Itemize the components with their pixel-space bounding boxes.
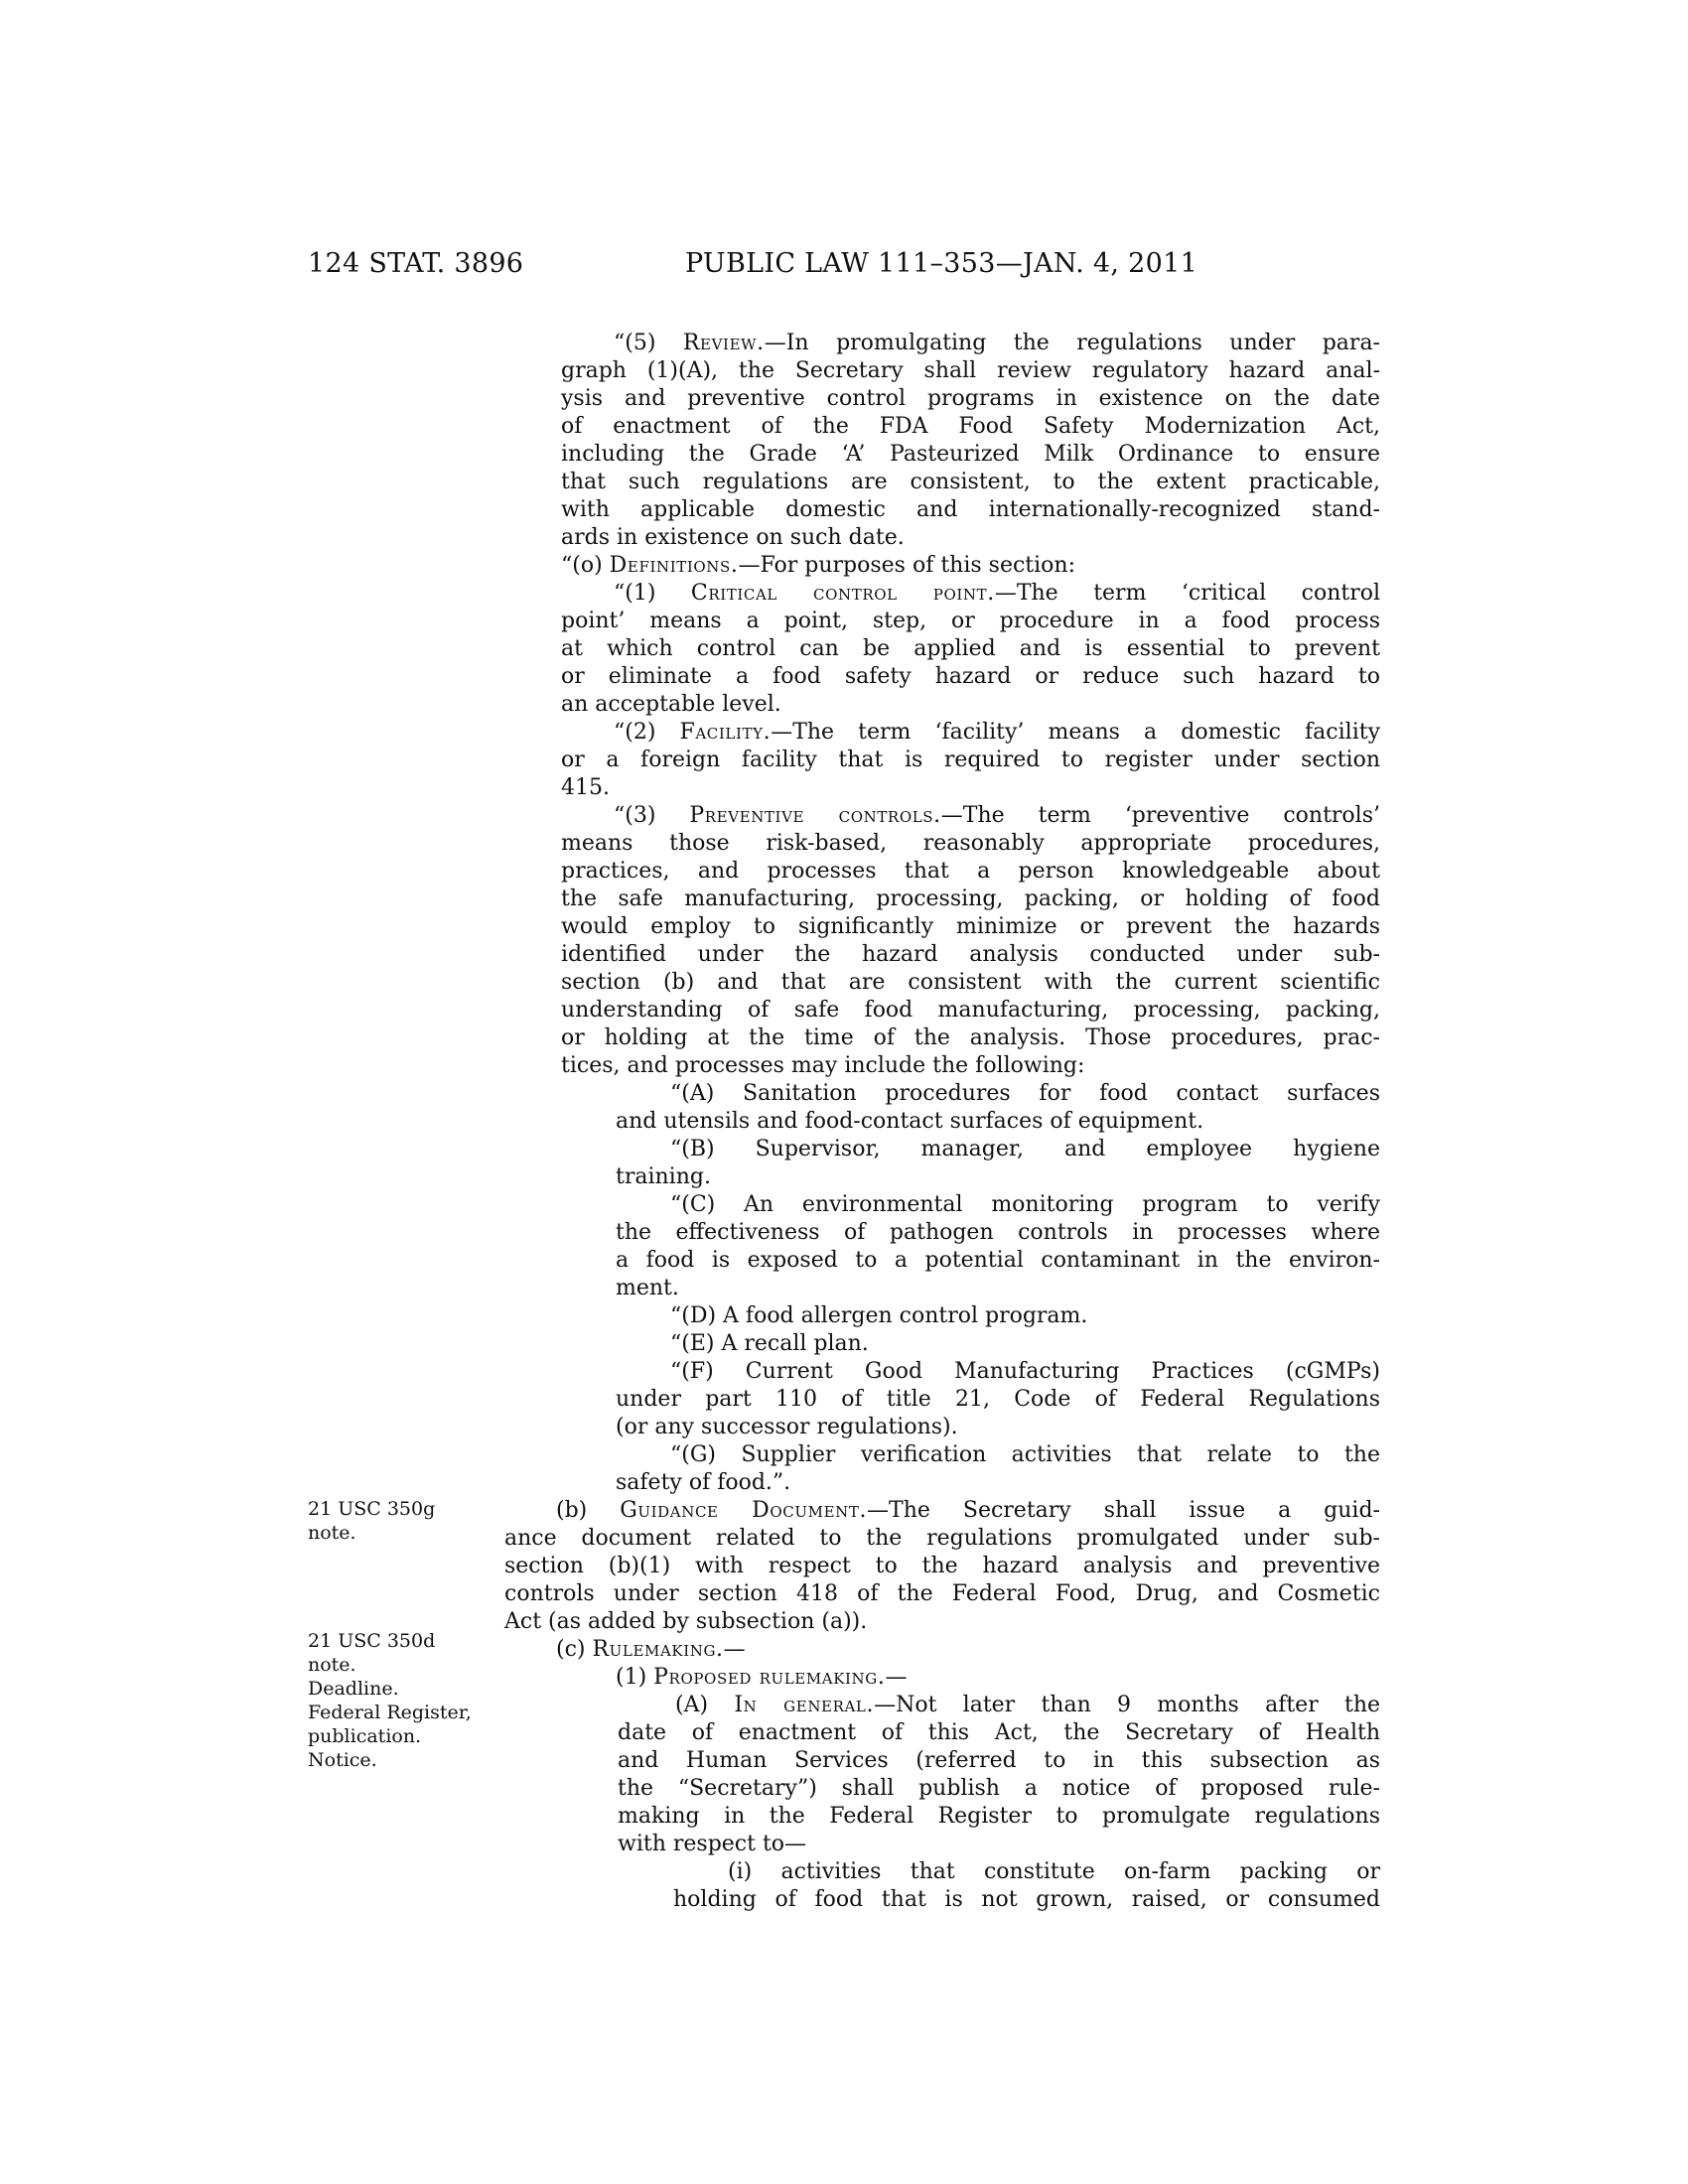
body-line: identified under the hazard analysis con…	[561, 941, 1380, 969]
text-segment: “(D) A food allergen control program.	[670, 1303, 1087, 1328]
small-caps-heading: Rulemaking.	[592, 1637, 723, 1662]
body-line: making in the Federal Register to promul…	[618, 1803, 1380, 1831]
body-line: ards in existence on such date.	[561, 524, 1380, 552]
small-caps-heading: Proposed rulemaking.	[653, 1665, 885, 1690]
body-line: at which control can be applied and is e…	[561, 635, 1380, 663]
body-line: would employ to significantly minimize o…	[561, 913, 1380, 941]
text-segment: ment.	[616, 1276, 679, 1300]
body-line: Act (as added by subsection (a)).	[504, 1608, 1380, 1636]
page-number-stat: 124 STAT. 3896	[308, 248, 523, 280]
body-line: the effectiveness of pathogen controls i…	[616, 1219, 1380, 1247]
text-segment: —The Secretary shall issue a guid-	[867, 1498, 1380, 1523]
text-segment: “(1)	[614, 581, 691, 606]
margin-note-line: Federal Register,	[308, 1701, 496, 1724]
body-line: ysis and preventive control programs in …	[561, 385, 1380, 413]
text-segment: (or any successor regulations).	[616, 1415, 958, 1439]
margin-note-line: Notice.	[308, 1748, 496, 1772]
body-line: (1) Proposed rulemaking.—	[616, 1664, 1380, 1692]
body-line: (or any successor regulations).	[616, 1414, 1380, 1441]
margin-note: 21 USC 350dnote.	[308, 1629, 496, 1677]
body-line: and Human Services (referred to in this …	[618, 1747, 1380, 1775]
text-segment: —	[885, 1665, 907, 1690]
small-caps-heading: Guidance Document.	[620, 1498, 867, 1523]
text-segment: 415.	[561, 775, 610, 800]
text-segment: and Human Services (referred to in this …	[618, 1748, 1380, 1773]
body-line: an acceptable level.	[561, 691, 1380, 719]
body-line: a food is exposed to a potential contami…	[616, 1247, 1380, 1275]
text-segment: —	[724, 1637, 746, 1662]
text-segment: (1)	[616, 1665, 653, 1690]
body-line: with respect to—	[618, 1831, 1380, 1858]
body-line: section (b) and that are consistent with…	[561, 969, 1380, 997]
margin-note-line: publication.	[308, 1724, 496, 1748]
text-segment: “(o)	[561, 553, 610, 578]
body-line: (b) Guidance Document.—The Secretary sha…	[556, 1497, 1380, 1525]
body-line: date of enactment of this Act, the Secre…	[618, 1719, 1380, 1747]
body-line: under part 110 of title 21, Code of Fede…	[616, 1386, 1380, 1414]
text-segment: graph (1)(A), the Secretary shall review…	[561, 358, 1380, 383]
text-segment: and utensils and food-contact surfaces o…	[616, 1109, 1203, 1134]
text-segment: point’ means a point, step, or procedure…	[561, 609, 1380, 633]
margin-note-line: 21 USC 350d	[308, 1629, 496, 1653]
body-line: understanding of safe food manufacturing…	[561, 997, 1380, 1024]
margin-note-line: note.	[308, 1521, 496, 1545]
body-line: and utensils and food-contact surfaces o…	[616, 1108, 1380, 1136]
body-line: “(G) Supplier verification activities th…	[670, 1441, 1380, 1469]
body-line: 415.	[561, 774, 1380, 802]
body-line: the safe manufacturing, processing, pack…	[561, 886, 1380, 913]
margin-note: 21 USC 350gnote.	[308, 1497, 496, 1545]
text-segment: date of enactment of this Act, the Secre…	[618, 1720, 1380, 1745]
margin-note-line: Deadline.	[308, 1677, 496, 1701]
margin-note: Deadline.Federal Register,publication.No…	[308, 1677, 496, 1772]
body-line: (i) activities that constitute on-farm p…	[728, 1858, 1380, 1886]
body-line: including the Grade ‘A’ Pasteurized Milk…	[561, 441, 1380, 469]
text-segment: “(C) An environmental monitoring program…	[670, 1192, 1380, 1217]
text-segment: “(2)	[614, 720, 680, 745]
text-segment: of enactment of the FDA Food Safety Mode…	[561, 414, 1380, 439]
text-segment: (c)	[556, 1637, 592, 1662]
body-line: that such regulations are consistent, to…	[561, 469, 1380, 496]
text-segment: —The term ‘critical control	[995, 581, 1380, 606]
text-segment: the safe manufacturing, processing, pack…	[561, 887, 1380, 911]
text-segment: training.	[616, 1164, 711, 1189]
body-line: “(E) A recall plan.	[670, 1330, 1380, 1358]
text-segment: (b)	[556, 1498, 620, 1523]
text-segment: at which control can be applied and is e…	[561, 636, 1380, 661]
body-line: or a foreign facility that is required t…	[561, 747, 1380, 774]
text-segment: —Not later than 9 months after the	[874, 1693, 1380, 1717]
body-line: of enactment of the FDA Food Safety Mode…	[561, 413, 1380, 441]
text-segment: —The term ‘preventive controls’	[941, 803, 1380, 828]
body-line: controls under section 418 of the Federa…	[504, 1580, 1380, 1608]
body-line: with applicable domestic and internation…	[561, 496, 1380, 524]
text-segment: would employ to significantly minimize o…	[561, 914, 1380, 939]
text-segment: the “Secretary”) shall publish a notice …	[618, 1776, 1380, 1801]
body-line: “(5) Review.—In promulgating the regulat…	[614, 330, 1380, 357]
small-caps-heading: Critical control point.	[691, 581, 995, 606]
body-line: “(1) Critical control point.—The term ‘c…	[614, 580, 1380, 608]
law-title-header: PUBLIC LAW 111–353—JAN. 4, 2011	[504, 248, 1378, 280]
text-segment: or holding at the time of the analysis. …	[561, 1025, 1380, 1050]
body-line: (c) Rulemaking.—	[556, 1636, 1380, 1664]
body-line: (A) In general.—Not later than 9 months …	[675, 1692, 1380, 1719]
text-segment: section (b)(1) with respect to the hazar…	[504, 1554, 1380, 1578]
margin-note-line: note.	[308, 1653, 496, 1677]
small-caps-heading: Definitions.	[610, 553, 739, 578]
body-line: “(D) A food allergen control program.	[670, 1302, 1380, 1330]
text-segment: or a foreign facility that is required t…	[561, 748, 1380, 772]
text-segment: including the Grade ‘A’ Pasteurized Milk…	[561, 442, 1380, 467]
body-text: “(5) Review.—In promulgating the regulat…	[504, 330, 1380, 1914]
margin-note-line: 21 USC 350g	[308, 1497, 496, 1521]
text-segment: (i) activities that constitute on-farm p…	[728, 1859, 1380, 1884]
text-segment: (A)	[675, 1693, 734, 1717]
statute-page: 124 STAT. 3896 PUBLIC LAW 111–353—JAN. 4…	[0, 0, 1688, 2184]
body-line: safety of food.”.	[616, 1469, 1380, 1497]
body-line: means those risk-based, reasonably appro…	[561, 830, 1380, 858]
small-caps-heading: In general.	[734, 1693, 874, 1717]
text-segment: or eliminate a food safety hazard or red…	[561, 664, 1380, 689]
body-line: ance document related to the regulations…	[504, 1525, 1380, 1553]
text-segment: “(F) Current Good Manufacturing Practice…	[670, 1359, 1380, 1384]
text-segment: under part 110 of title 21, Code of Fede…	[616, 1387, 1380, 1412]
body-line: or eliminate a food safety hazard or red…	[561, 663, 1380, 691]
text-segment: the effectiveness of pathogen controls i…	[616, 1220, 1380, 1245]
body-line: the “Secretary”) shall publish a notice …	[618, 1775, 1380, 1803]
text-segment: controls under section 418 of the Federa…	[504, 1581, 1380, 1606]
body-line: “(A) Sanitation procedures for food cont…	[670, 1080, 1380, 1108]
text-segment: ards in existence on such date.	[561, 525, 905, 550]
text-segment: —For purposes of this section:	[738, 553, 1075, 578]
body-line: tices, and processes may include the fol…	[561, 1052, 1380, 1080]
small-caps-heading: Facility.	[680, 720, 772, 745]
text-segment: that such regulations are consistent, to…	[561, 470, 1380, 494]
body-line: training.	[616, 1163, 1380, 1191]
text-segment: “(B) Supervisor, manager, and employee h…	[670, 1137, 1380, 1161]
body-line: “(C) An environmental monitoring program…	[670, 1191, 1380, 1219]
text-segment: practices, and processes that a person k…	[561, 859, 1380, 884]
body-line: “(3) Preventive controls.—The term ‘prev…	[614, 802, 1380, 830]
text-segment: “(A) Sanitation procedures for food cont…	[670, 1081, 1380, 1106]
body-line: “(2) Facility.—The term ‘facility’ means…	[614, 719, 1380, 747]
text-segment: understanding of safe food manufacturing…	[561, 998, 1380, 1023]
text-segment: “(3)	[614, 803, 689, 828]
body-line: section (b)(1) with respect to the hazar…	[504, 1553, 1380, 1580]
text-segment: —In promulgating the regulations under p…	[765, 331, 1380, 355]
text-segment: —The term ‘facility’ means a domestic fa…	[771, 720, 1380, 745]
text-segment: making in the Federal Register to promul…	[618, 1804, 1380, 1829]
text-segment: means those risk-based, reasonably appro…	[561, 831, 1380, 856]
small-caps-heading: Review.	[683, 331, 765, 355]
text-segment: with applicable domestic and internation…	[561, 497, 1380, 522]
text-segment: tices, and processes may include the fol…	[561, 1053, 1084, 1078]
body-line: “(F) Current Good Manufacturing Practice…	[670, 1358, 1380, 1386]
text-segment: ysis and preventive control programs in …	[561, 386, 1380, 411]
text-segment: safety of food.”.	[616, 1470, 790, 1495]
body-line: graph (1)(A), the Secretary shall review…	[561, 357, 1380, 385]
text-segment: an acceptable level.	[561, 692, 781, 717]
text-segment: Act (as added by subsection (a)).	[504, 1609, 867, 1634]
text-segment: holding of food that is not grown, raise…	[673, 1887, 1380, 1912]
body-line: or holding at the time of the analysis. …	[561, 1024, 1380, 1052]
body-line: “(B) Supervisor, manager, and employee h…	[670, 1136, 1380, 1163]
text-segment: “(5)	[614, 331, 683, 355]
text-segment: with respect to—	[618, 1832, 806, 1856]
text-segment: a food is exposed to a potential contami…	[616, 1248, 1380, 1273]
text-segment: ance document related to the regulations…	[504, 1526, 1380, 1551]
small-caps-heading: Preventive controls.	[689, 803, 940, 828]
body-line: ment.	[616, 1275, 1380, 1302]
text-segment: “(E) A recall plan.	[670, 1331, 869, 1356]
body-line: point’ means a point, step, or procedure…	[561, 608, 1380, 635]
text-segment: identified under the hazard analysis con…	[561, 942, 1380, 967]
body-line: “(o) Definitions.—For purposes of this s…	[561, 552, 1380, 580]
body-line: practices, and processes that a person k…	[561, 858, 1380, 886]
text-segment: section (b) and that are consistent with…	[561, 970, 1380, 995]
text-segment: “(G) Supplier verification activities th…	[670, 1442, 1380, 1467]
body-line: holding of food that is not grown, raise…	[673, 1886, 1380, 1914]
